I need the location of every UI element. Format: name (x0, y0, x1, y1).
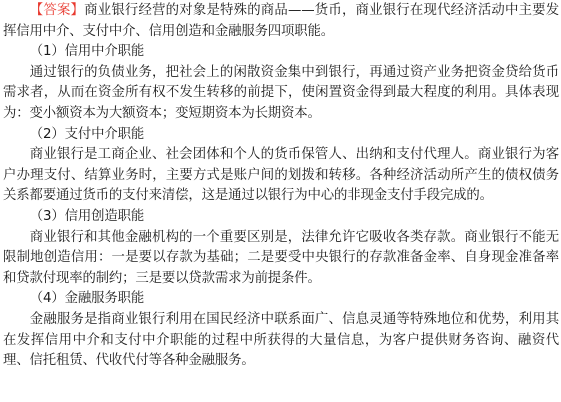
section-body-credit-creation: 商业银行和其他金融机构的一个重要区别是，法律允许它吸收各类存款。商业银行不能无限… (3, 228, 559, 290)
section-heading-credit-creation: （3）信用创造职能 (3, 207, 559, 228)
section-body-credit-intermediary: 通过银行的负债业务，把社会上的闲散资金集中到银行，再通过资产业务把资金贷给货币需… (3, 63, 559, 125)
section-heading-financial-services: （4）金融服务职能 (3, 289, 559, 310)
section-body-payment-intermediary: 商业银行是工商企业、社会团体和个人的货币保管人、出纳和支付代理人。商业银行为客户… (3, 145, 559, 207)
answer-document: 【答案】商业银行经营的对象是特殊的商品——货币，商业银行在现代经济活动中主要发挥… (0, 0, 561, 372)
section-heading-payment-intermediary: （2）支付中介职能 (3, 125, 559, 146)
answer-tag: 【答案】 (30, 3, 84, 18)
answer-intro-text: 商业银行经营的对象是特殊的商品——货币，商业银行在现代经济活动中主要发挥信用中介… (3, 3, 559, 39)
section-heading-credit-intermediary: （1）信用中介职能 (3, 42, 559, 63)
section-body-financial-services: 金融服务是指商业银行利用在国民经济中联系面广、信息灵通等特殊地位和优势，利用其在… (3, 310, 559, 372)
answer-intro-paragraph: 【答案】商业银行经营的对象是特殊的商品——货币，商业银行在现代经济活动中主要发挥… (3, 0, 559, 42)
